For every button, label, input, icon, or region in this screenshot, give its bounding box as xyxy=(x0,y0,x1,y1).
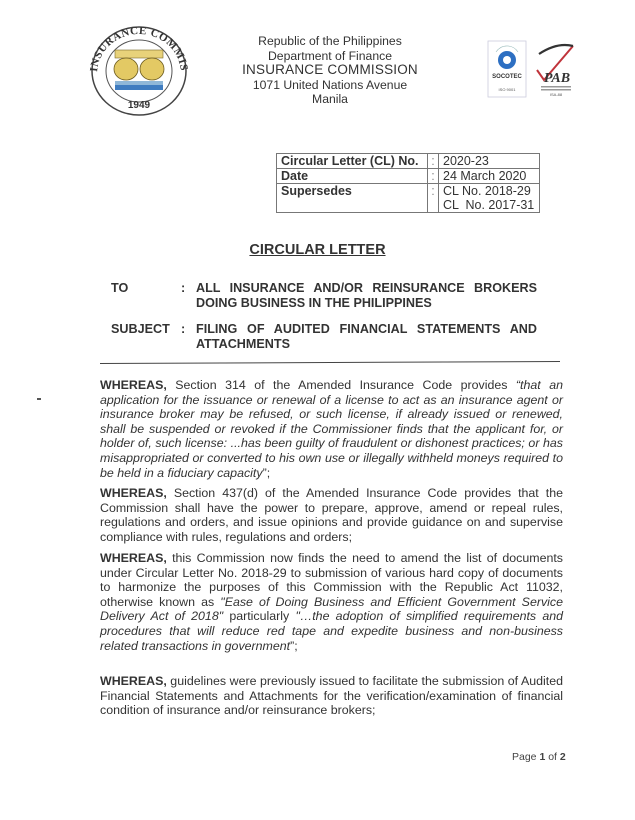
page-prefix: Page xyxy=(512,751,539,763)
whereas-paragraph: WHEREAS, Section 437(d) of the Amended I… xyxy=(100,486,563,544)
svg-text:ISA-88: ISA-88 xyxy=(550,92,563,97)
organization-name: INSURANCE COMMISSION xyxy=(240,63,420,78)
subject-label: SUBJECT xyxy=(111,322,181,336)
subject-value: FILING OF AUDITED FINANCIAL STATEMENTS A… xyxy=(196,322,537,352)
meta-key: Circular Letter (CL) No. xyxy=(277,154,428,169)
meta-separator: : xyxy=(428,169,439,184)
to-line: ALL INSURANCE AND/OR REINSURANCE BROKERS xyxy=(196,281,537,296)
paragraph-text: particularly xyxy=(223,609,295,623)
paragraph-text: Section 437(d) of the Amended Insurance … xyxy=(100,486,563,544)
socotec-badge-icon: SOCOTEC ISO 9001 xyxy=(488,41,526,97)
letterhead: Republic of the Philippines Department o… xyxy=(240,34,420,107)
to-line: DOING BUSINESS IN THE PHILIPPINES xyxy=(196,296,432,310)
pab-badge-icon: PAB ISA-88 xyxy=(537,45,573,97)
letterhead-line: Republic of the Philippines xyxy=(240,34,420,49)
whereas-lead: WHEREAS, xyxy=(100,378,167,392)
meta-separator: : xyxy=(428,184,439,213)
divider xyxy=(100,361,560,364)
table-row: Supersedes : CL No. 2018-29 CL No. 2017-… xyxy=(277,184,540,213)
whereas-lead: WHEREAS, xyxy=(100,486,167,500)
page-of: of xyxy=(545,751,560,763)
supersedes-item: CL No. 2018-29 xyxy=(443,184,535,198)
meta-separator: : xyxy=(428,154,439,169)
whereas-lead: WHEREAS, xyxy=(100,674,167,688)
scan-speck xyxy=(37,398,41,400)
svg-text:1949: 1949 xyxy=(128,100,151,111)
insurance-commission-seal-icon: INSURANCE COMMISSION 1949 xyxy=(83,24,195,116)
svg-text:SOCOTEC: SOCOTEC xyxy=(492,74,522,80)
letterhead-line: Department of Finance xyxy=(240,49,420,64)
svg-text:PAB: PAB xyxy=(544,71,570,86)
meta-key: Date xyxy=(277,169,428,184)
paragraph-text: guidelines were previously issued to fac… xyxy=(100,674,563,717)
paragraph-tail: ”; xyxy=(290,639,298,653)
document-title: CIRCULAR LETTER xyxy=(0,242,635,258)
subject-line: FILING OF AUDITED FINANCIAL STATEMENTS A… xyxy=(196,322,537,337)
table-row: Circular Letter (CL) No. : 2020-23 xyxy=(277,154,540,169)
meta-value: CL No. 2018-29 CL No. 2017-31 xyxy=(439,184,540,213)
certification-badges: SOCOTEC ISO 9001 PAB ISA-88 xyxy=(487,40,577,100)
svg-text:ISO 9001: ISO 9001 xyxy=(499,87,517,92)
to-separator: : xyxy=(181,281,185,295)
to-value: ALL INSURANCE AND/OR REINSURANCE BROKERS… xyxy=(196,281,537,311)
subject-separator: : xyxy=(181,322,185,336)
whereas-paragraph: WHEREAS, this Commission now finds the n… xyxy=(100,551,563,653)
meta-value: 24 March 2020 xyxy=(439,169,540,184)
paragraph-text: Section 314 of the Amended Insurance Cod… xyxy=(167,378,516,392)
supersedes-item: CL No. 2017-31 xyxy=(443,198,535,212)
address-line: 1071 United Nations Avenue xyxy=(240,78,420,93)
whereas-paragraph: WHEREAS, Section 314 of the Amended Insu… xyxy=(100,378,563,480)
page-total: 2 xyxy=(560,751,566,763)
paragraph-quote: “that an application for the issuance or… xyxy=(100,378,563,480)
subject-line: ATTACHMENTS xyxy=(196,337,290,351)
to-label: TO xyxy=(111,281,181,295)
meta-value: 2020-23 xyxy=(439,154,540,169)
address-line: Manila xyxy=(240,92,420,107)
whereas-paragraph: WHEREAS, guidelines were previously issu… xyxy=(100,674,563,718)
circular-metadata-table: Circular Letter (CL) No. : 2020-23 Date … xyxy=(276,153,540,213)
paragraph-tail: ”; xyxy=(263,466,271,480)
meta-key: Supersedes xyxy=(277,184,428,213)
page-number: Page 1 of 2 xyxy=(512,751,566,763)
whereas-lead: WHEREAS, xyxy=(100,551,167,565)
table-row: Date : 24 March 2020 xyxy=(277,169,540,184)
